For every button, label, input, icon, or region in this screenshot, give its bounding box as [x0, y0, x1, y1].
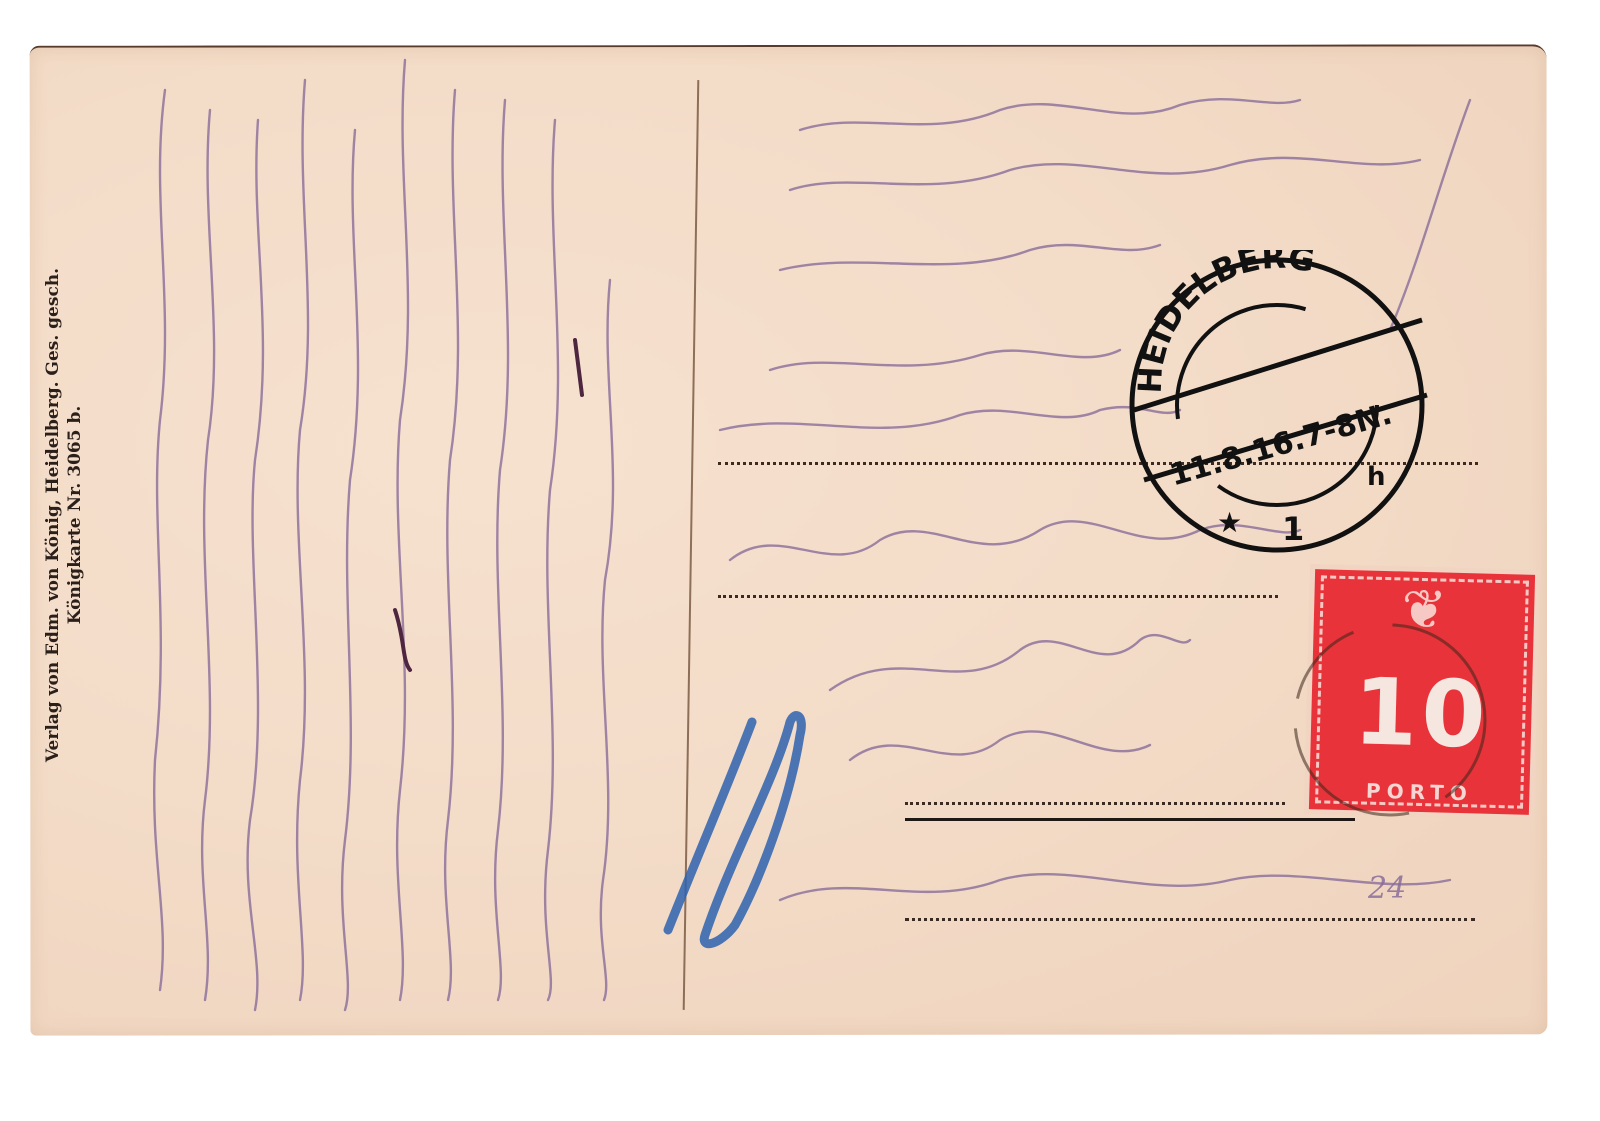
stamp-cancellation — [0, 0, 1600, 1121]
